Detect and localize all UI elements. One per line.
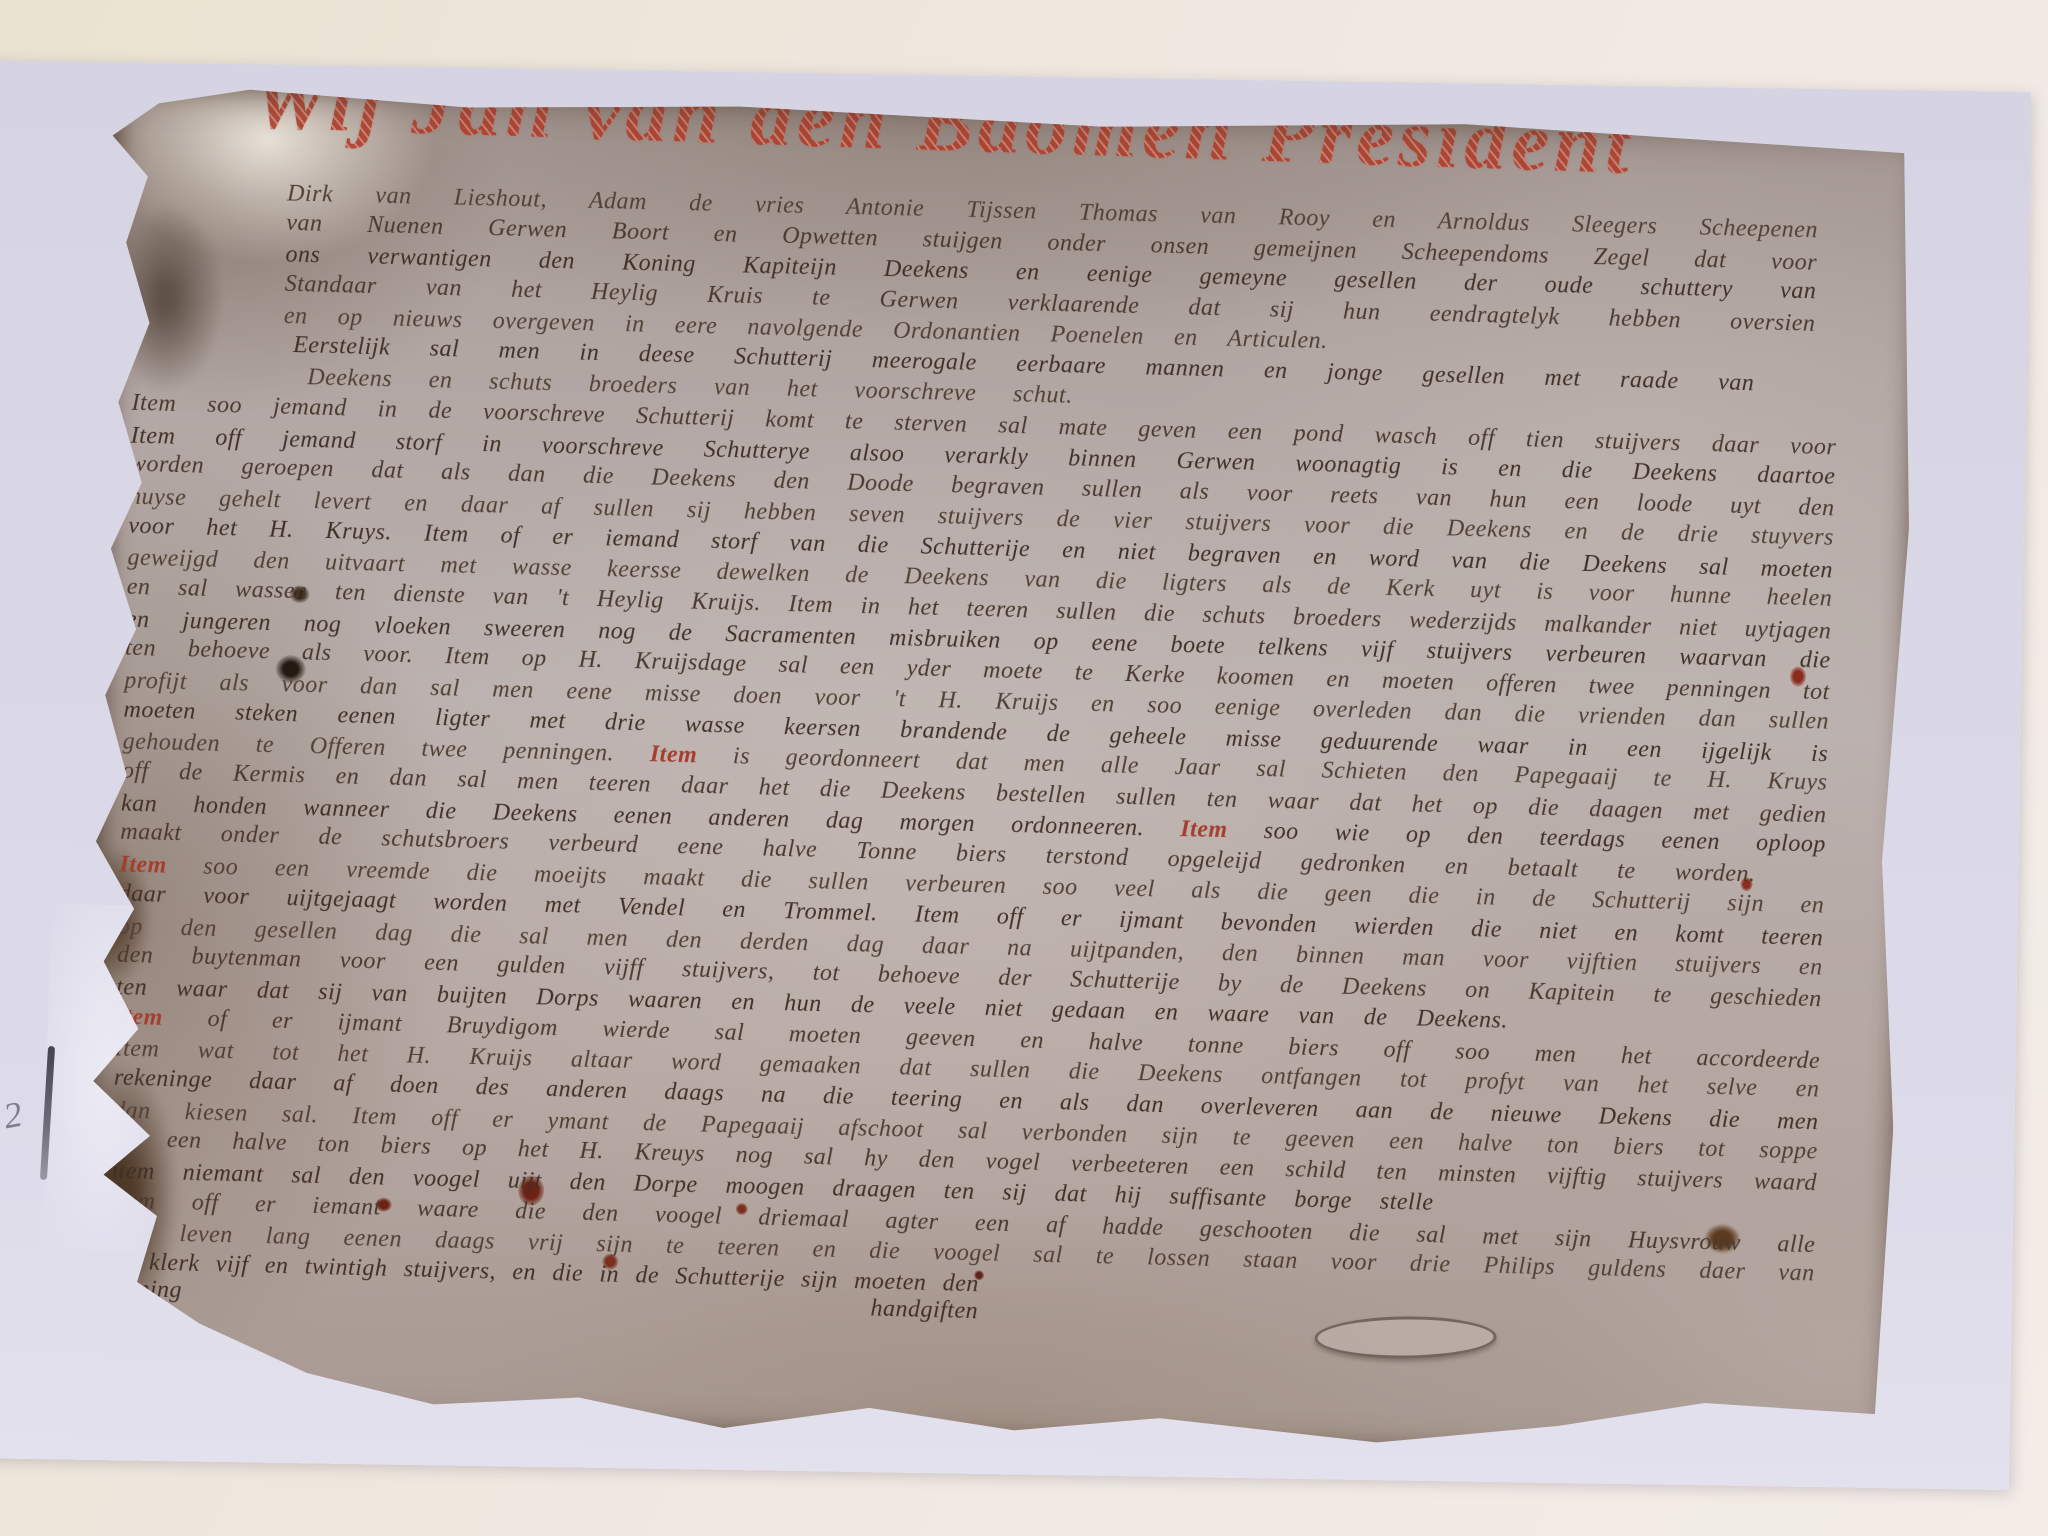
parchment-slit [1314,1316,1496,1360]
pencil-margin-label: 2 [0,1089,47,1141]
manuscript-lines: Dirk van Lieshout, Adam de vries Antonie… [109,175,1877,1325]
photo-of-manuscript: { "margin_label": "2", "document": { "ti… [0,0,2048,1536]
parchment-document: Wij Jan van den Baomen President Dirk va… [70,82,1919,1461]
